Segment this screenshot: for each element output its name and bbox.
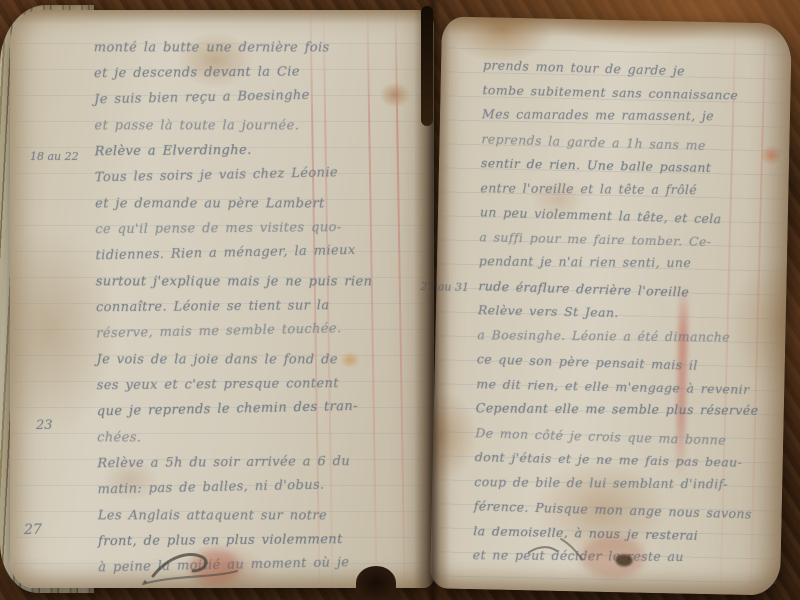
handwriting-line: et je demande au père Lambert bbox=[95, 191, 395, 217]
handwriting-line: matin: pas de balles, ni d'obus. bbox=[97, 471, 397, 503]
handwriting-line: Je vois de la joie dans le fond de bbox=[96, 347, 396, 373]
diary-left-page: 18 au 22 23 27 monté la butte une derniè… bbox=[10, 10, 434, 588]
margin-date-note: 18 au 22 bbox=[30, 150, 79, 163]
handwriting-line: tidiennes. Rien a ménager, la mieux bbox=[95, 237, 395, 269]
diary-photo-scene: 18 au 22 23 27 monté la butte une derniè… bbox=[0, 0, 800, 600]
margin-date-note: 27 au 31 bbox=[420, 280, 469, 294]
diary-right-page: 27 au 31 prends mon tour de garde jetomb… bbox=[430, 16, 792, 595]
ink-blot bbox=[616, 554, 633, 566]
handwriting-line: entre l'oreille et la tête a frôlé bbox=[480, 176, 760, 203]
handwriting-line: Les Anglais attaquent sur notre bbox=[98, 503, 398, 529]
pen-flourish-mark bbox=[135, 538, 245, 593]
handwriting-line: Mes camarades me ramassent, je bbox=[482, 102, 762, 129]
margin-date-note: 27 bbox=[24, 522, 42, 538]
handwriting-line: que je reprends le chemin des tran- bbox=[97, 393, 397, 425]
handwritten-text-left: monté la butte une dernière foiset je de… bbox=[94, 33, 399, 582]
handwriting-line: coup de bile de lui semblant d'indif- bbox=[474, 470, 754, 497]
handwriting-line: Tous les soirs je vais chez Léonie bbox=[95, 159, 395, 191]
handwriting-line: chées. bbox=[97, 425, 397, 451]
gutter-top-notch bbox=[421, 6, 433, 126]
handwriting-line: a Boesinghe. Léonie a été dimanche bbox=[477, 323, 757, 350]
handwriting-line: surtout j'explique mais je ne puis rien bbox=[96, 269, 396, 295]
handwriting-line: monté la butte une dernière fois bbox=[94, 35, 394, 61]
gutter-bottom-notch bbox=[356, 566, 396, 600]
handwriting-line: réserve, mais me semble touchée. bbox=[96, 315, 396, 347]
handwritten-text-right: prends mon tour de garde jetombe subitem… bbox=[472, 53, 763, 573]
pen-flourish-mark bbox=[521, 530, 592, 566]
handwriting-line: et passe là toute la journée. bbox=[94, 113, 394, 139]
handwriting-line: Cependant elle me semble plus réservée bbox=[476, 396, 756, 423]
margin-date-note: 23 bbox=[36, 418, 53, 433]
handwriting-line: Je suis bien reçu a Boesinghe bbox=[94, 81, 394, 113]
handwriting-line: pendant je n'ai rien senti, une bbox=[479, 249, 759, 276]
